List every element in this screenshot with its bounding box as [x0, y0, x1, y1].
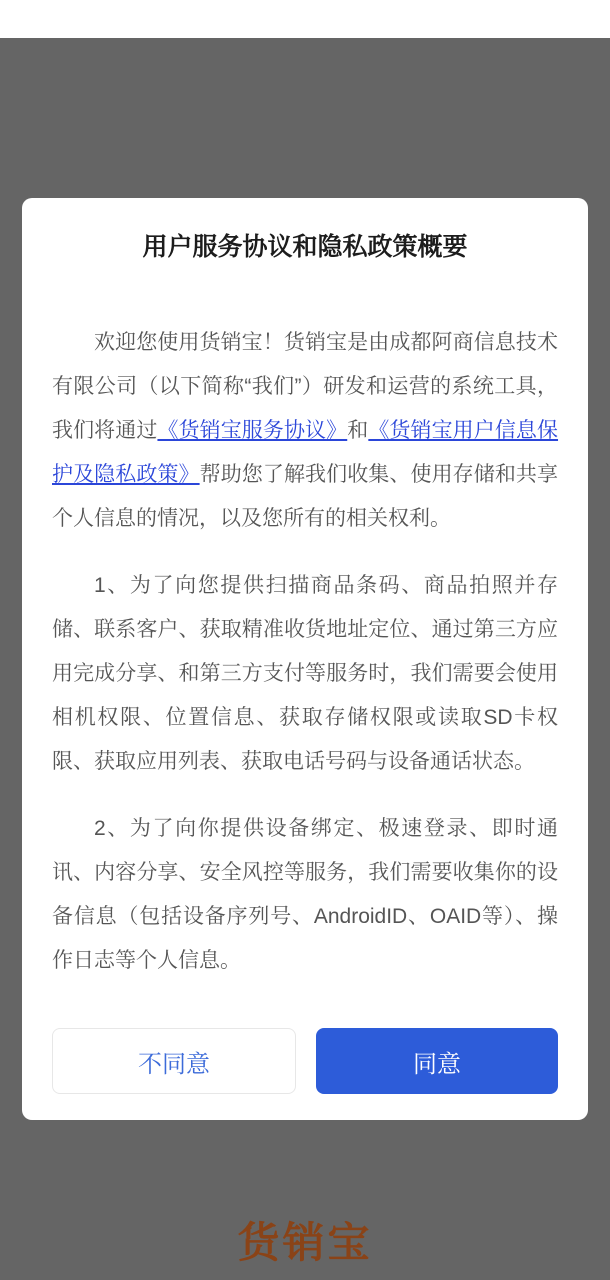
service-agreement-link[interactable]: 《货销宝服务协议》 — [157, 419, 347, 442]
status-bar — [0, 0, 610, 38]
device-info-paragraph: 2、为了向你提供设备绑定、极速登录、即时通讯、内容分享、安全风控等服务，我们需要… — [52, 807, 558, 983]
agree-button[interactable]: 同意 — [316, 1028, 558, 1094]
dialog-title: 用户服务协议和隐私政策概要 — [52, 230, 558, 265]
dialog-button-row: 不同意 同意 — [52, 1028, 558, 1094]
permissions-paragraph: 1、为了向您提供扫描商品条码、商品拍照并存储、联系客户、获取精准收货地址定位、通… — [52, 564, 558, 784]
intro-text-2: 和 — [347, 419, 368, 442]
dialog-body: 欢迎您使用货销宝！货销宝是由成都阿商信息技术有限公司（以下简称“我们”）研发和运… — [52, 321, 558, 983]
privacy-policy-dialog: 用户服务协议和隐私政策概要 欢迎您使用货销宝！货销宝是由成都阿商信息技术有限公司… — [22, 198, 588, 1120]
disagree-button[interactable]: 不同意 — [52, 1028, 296, 1094]
app-logo: 货销宝 — [0, 1210, 610, 1270]
intro-paragraph: 欢迎您使用货销宝！货销宝是由成都阿商信息技术有限公司（以下简称“我们”）研发和运… — [52, 321, 558, 541]
